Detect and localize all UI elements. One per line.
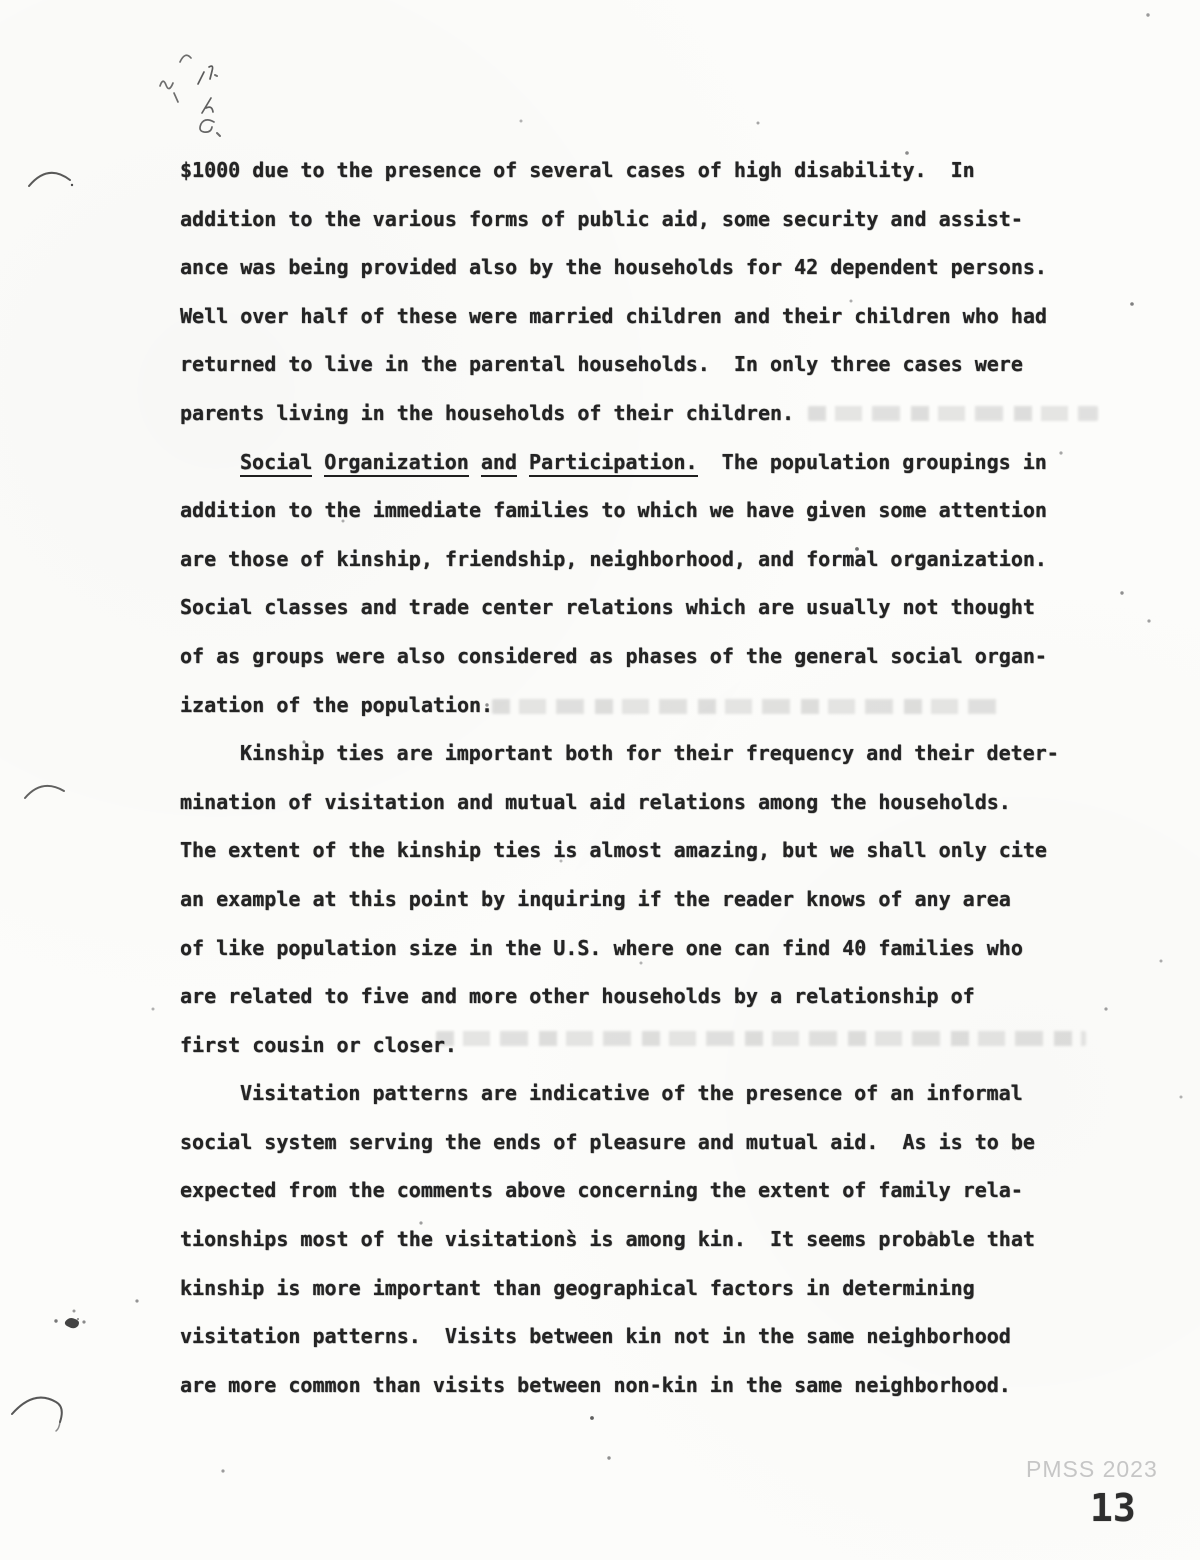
watermark: PMSS 2023 (1026, 1456, 1158, 1483)
typed-text-segment: The extent of the kinship ties is almost… (180, 838, 1047, 862)
margin-arc-mark-icon (22, 776, 70, 808)
typed-line: returned to live in the parental househo… (180, 340, 1059, 389)
typed-text-segment (469, 450, 481, 474)
typed-text-segment: are more common than visits between non-… (180, 1373, 1011, 1397)
typed-text-segment: Well over half of these were married chi… (180, 304, 1047, 328)
typed-line: of like population size in the U.S. wher… (180, 924, 1059, 973)
typed-line: expected from the comments above concern… (180, 1166, 1059, 1215)
typed-line: kinship is more important than geographi… (180, 1264, 1059, 1313)
typed-text-segment: addition to the various forms of public … (180, 207, 1023, 231)
typed-text-segment: $1000 due to the presence of several cas… (180, 158, 975, 182)
typed-text-segment: parents living in the households of thei… (180, 401, 794, 425)
margin-arc-mark-icon (26, 160, 78, 198)
underlined-heading-word: Organization (324, 450, 469, 477)
typed-line: Kinship ties are important both for thei… (180, 729, 1059, 778)
scanned-page: $1000 due to the presence of several cas… (0, 0, 1200, 1560)
typed-line: Visitation patterns are indicative of th… (180, 1069, 1059, 1118)
typed-text-segment: The population groupings in (698, 450, 1047, 474)
typed-text: $1000 due to the presence of several cas… (180, 146, 1059, 1409)
typed-text-segment: of like population size in the U.S. wher… (180, 936, 1023, 960)
typed-text-segment: Visitation patterns are indicative of th… (240, 1081, 1023, 1105)
typed-text-segment: are those of kinship, friendship, neighb… (180, 547, 1047, 571)
page-number: 13 (1090, 1486, 1136, 1530)
typed-text-segment: ization of the population. (180, 693, 493, 717)
typed-line: first cousin or closer. (180, 1021, 1059, 1070)
typed-line: visitation patterns. Visits between kin … (180, 1312, 1059, 1361)
typed-text-segment: mination of visitation and mutual aid re… (180, 790, 1011, 814)
typed-line: Social classes and trade center relation… (180, 583, 1059, 632)
typed-text-segment: addition to the immediate families to wh… (180, 498, 1047, 522)
typed-text-segment: social system serving the ends of pleasu… (180, 1130, 1035, 1154)
typed-text-segment: are related to five and more other house… (180, 984, 975, 1008)
typed-line: parents living in the households of thei… (180, 389, 1059, 438)
typed-text-segment: tionships most of the visitations̀ is am… (180, 1227, 1035, 1251)
underlined-heading-word: and (481, 450, 517, 477)
typed-text-segment: returned to live in the parental househo… (180, 352, 1023, 376)
typed-line: The extent of the kinship ties is almost… (180, 826, 1059, 875)
handwritten-pencil-scribble-icon (148, 46, 243, 141)
typed-line: mination of visitation and mutual aid re… (180, 778, 1059, 827)
typed-line: social system serving the ends of pleasu… (180, 1118, 1059, 1167)
underlined-heading-word: Participation. (529, 450, 698, 477)
typed-line: are those of kinship, friendship, neighb… (180, 535, 1059, 584)
typed-text-segment: of as groups were also considered as pha… (180, 644, 1047, 668)
underlined-heading-word: Social (240, 450, 312, 477)
typed-line: are related to five and more other house… (180, 972, 1059, 1021)
typed-line: are more common than visits between non-… (180, 1361, 1059, 1410)
typed-line: an example at this point by inquiring if… (180, 875, 1059, 924)
typed-text-segment: kinship is more important than geographi… (180, 1276, 975, 1300)
typed-text-segment: an example at this point by inquiring if… (180, 887, 1011, 911)
typed-line: tionships most of the visitations̀ is am… (180, 1215, 1059, 1264)
typed-line: ization of the population. (180, 681, 1059, 730)
typed-line: addition to the immediate families to wh… (180, 486, 1059, 535)
typed-text-segment: first cousin or closer. (180, 1033, 457, 1057)
scan-speckles (0, 0, 2, 2)
typed-text-segment (517, 450, 529, 474)
typed-text-segment: visitation patterns. Visits between kin … (180, 1324, 1011, 1348)
section-heading-line: Social Organization and Participation. T… (180, 438, 1059, 487)
typed-text-segment (312, 450, 324, 474)
typed-text-segment: Social classes and trade center relation… (180, 595, 1035, 619)
typed-text-segment: expected from the comments above concern… (180, 1178, 1023, 1202)
typed-line: of as groups were also considered as pha… (180, 632, 1059, 681)
margin-arc-mark-icon (8, 1386, 72, 1438)
typed-text-segment: ance was being provided also by the hous… (180, 255, 1047, 279)
typed-text-segment: Kinship ties are important both for thei… (240, 741, 1059, 765)
typed-line: $1000 due to the presence of several cas… (180, 146, 1059, 195)
typed-line: addition to the various forms of public … (180, 195, 1059, 244)
typed-line: Well over half of these were married chi… (180, 292, 1059, 341)
typed-line: ance was being provided also by the hous… (180, 243, 1059, 292)
ink-blob-icon (58, 1310, 86, 1336)
